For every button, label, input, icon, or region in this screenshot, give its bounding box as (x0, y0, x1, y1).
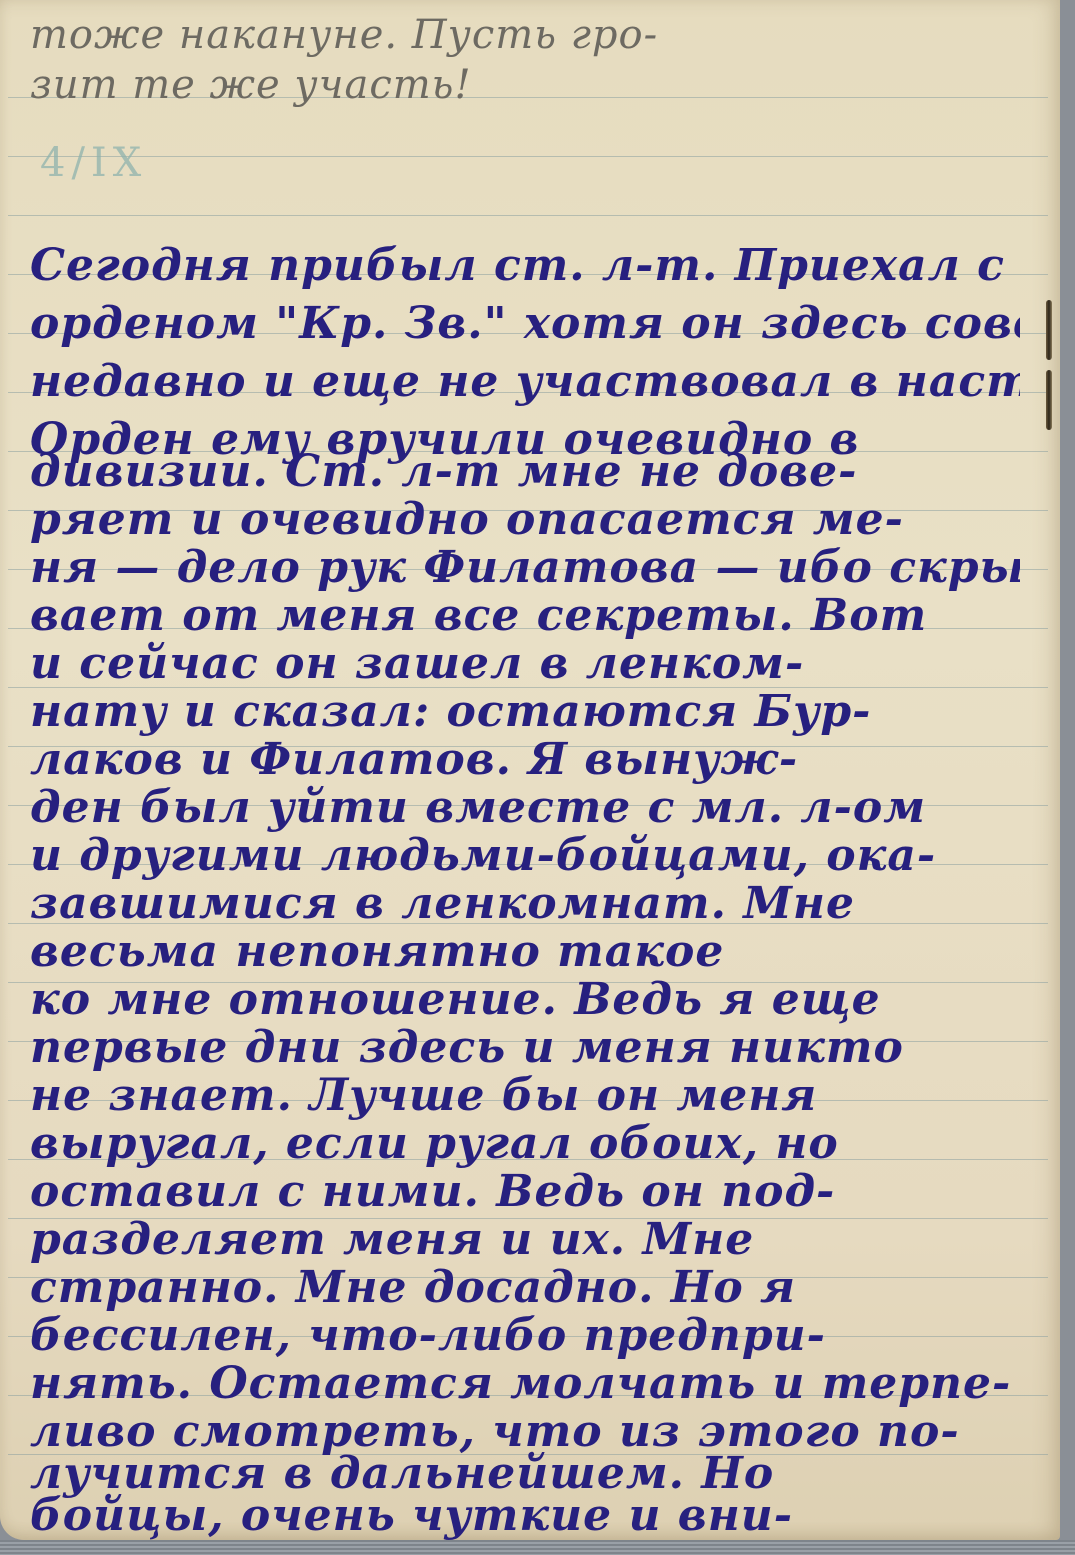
body-line: недавно и еще не участвовал в наступ. (30, 356, 1020, 407)
body-line: орденом "Кр. Зв." хотя он здесь совсем (30, 298, 1020, 349)
body-line: лаков и Филатов. Я вынуж- (30, 734, 1020, 785)
pencil-header-line: тоже накануне. Пусть гро- (30, 12, 1020, 58)
diary-page: тоже накануне. Пусть гро- зит те же учас… (0, 0, 1060, 1540)
stamp-mark: 4/IX (40, 140, 147, 186)
body-line: вает от меня все секреты. Вот (30, 590, 1020, 641)
body-line: разделяет меня и их. Мне (30, 1214, 1020, 1265)
body-line: ня — дело рук Филатова — ибо скры- (30, 542, 1020, 593)
rule-line (8, 215, 1048, 216)
body-line: не знает. Лучше бы он меня (30, 1070, 1020, 1121)
scanner-edge (0, 1540, 1075, 1555)
body-line: нять. Остается молчать и терпе- (30, 1358, 1020, 1409)
body-line: первые дни здесь и меня никто (30, 1022, 1020, 1073)
pencil-header-line: зит те же участь! (30, 62, 1020, 108)
binding-staple (1046, 370, 1052, 430)
body-line: выругал, если ругал обоих, но (30, 1118, 1020, 1169)
body-line: ден был уйти вместе с мл. л-ом (30, 782, 1020, 833)
rule-line (8, 156, 1048, 157)
body-line: весьма непонятно такое (30, 926, 1020, 977)
body-line: и сейчас он зашел в ленком- (30, 638, 1020, 689)
body-line: оставил с ними. Ведь он под- (30, 1166, 1020, 1217)
body-line: ряет и очевидно опасается ме- (30, 494, 1020, 545)
body-line: завшимися в ленкомнат. Мне (30, 878, 1020, 929)
body-line: дивизии. Ст. л-т мне не дове- (30, 446, 1020, 497)
body-line: странно. Мне досадно. Но я (30, 1262, 1020, 1313)
body-line: бойцы, очень чуткие и вни- (30, 1490, 1020, 1541)
binding-staple (1046, 300, 1052, 360)
body-line: Сегодня прибыл ст. л-т. Приехал с (30, 240, 1020, 291)
body-line: и другими людьми-бойцами, ока- (30, 830, 1020, 881)
body-line: бессилен, что-либо предпри- (30, 1310, 1020, 1361)
body-line: ко мне отношение. Ведь я еще (30, 974, 1020, 1025)
body-line: нату и сказал: остаются Бур- (30, 686, 1020, 737)
